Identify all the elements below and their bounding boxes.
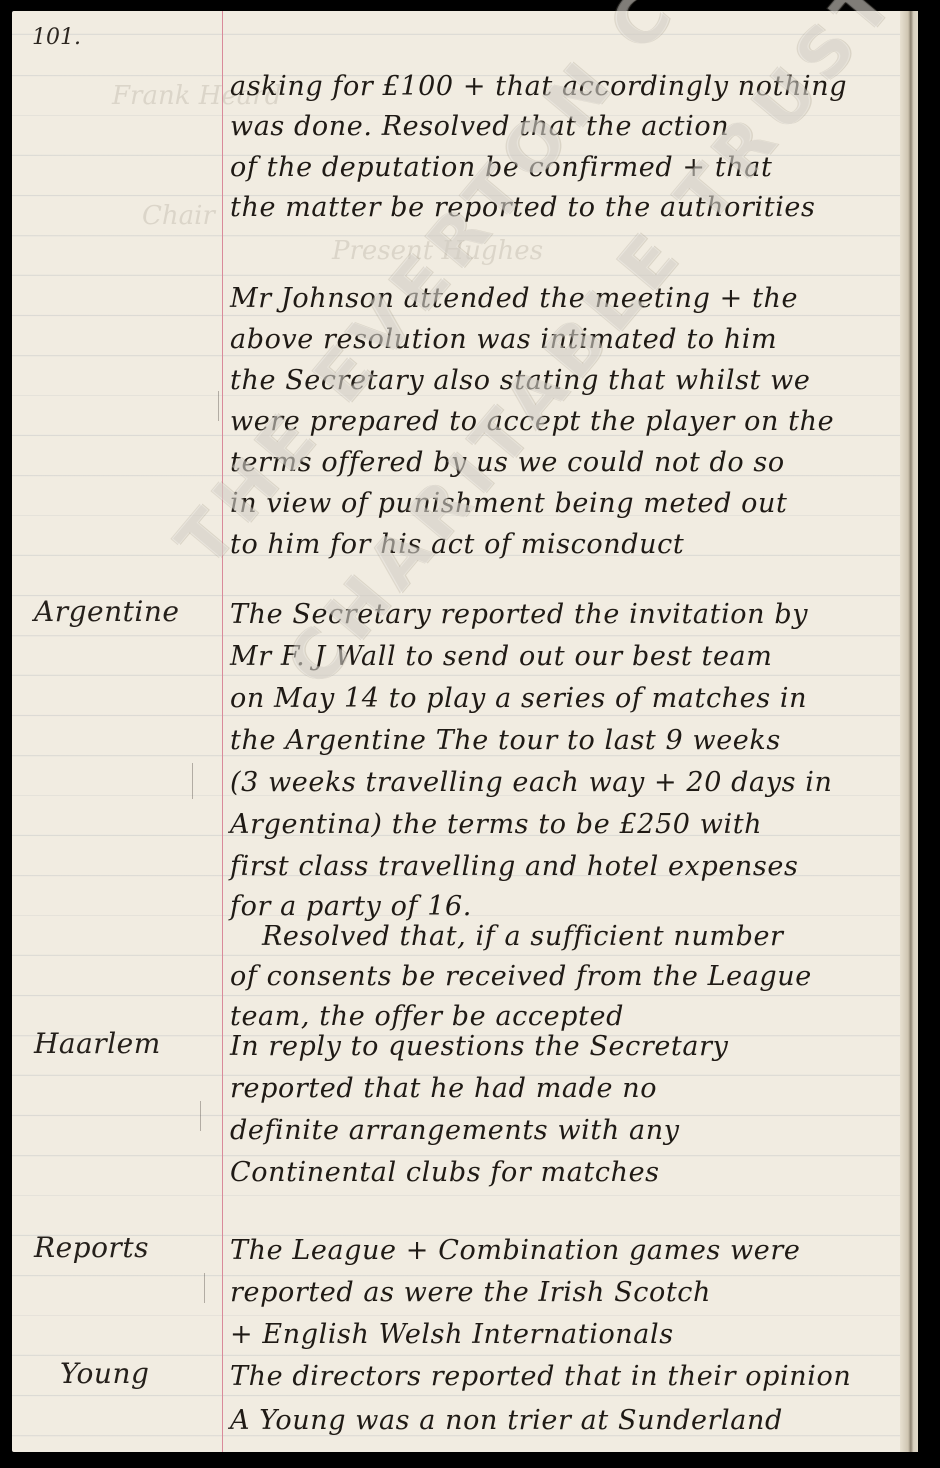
margin-label-haarlem: Haarlem: [34, 1027, 161, 1060]
minute-line: reported that he had made no: [230, 1069, 910, 1109]
minute-line: was done. Resolved that the action: [230, 107, 910, 147]
minute-line: Continental clubs for matches: [230, 1153, 910, 1193]
margin-label-reports: Reports: [34, 1231, 149, 1264]
pencil-tick-mark: [200, 1101, 201, 1131]
minute-line: the matter be reported to the authoritie…: [230, 188, 910, 228]
minute-line: of consents be received from the League: [230, 957, 910, 997]
minute-line: first class travelling and hotel expense…: [230, 847, 910, 887]
pencil-tick-mark: [218, 391, 219, 421]
minute-line: The directors reported that in their opi…: [230, 1357, 910, 1397]
minute-line: Argentina) the terms to be £250 with: [230, 805, 910, 845]
margin-label-argentine: Argentine: [34, 595, 179, 628]
pencil-tick-mark: [192, 763, 193, 799]
minute-line: the Argentine The tour to last 9 weeks: [230, 721, 910, 761]
minute-line: terms offered by us we could not do so: [230, 443, 910, 483]
minute-line: reported as were the Irish Scotch: [230, 1273, 910, 1313]
margin-label-young: Young: [60, 1357, 149, 1390]
minute-line: of the deputation be confirmed + that: [230, 148, 910, 188]
minute-line: on May 14 to play a series of matches in: [230, 679, 910, 719]
minute-line: In reply to questions the Secretary: [230, 1027, 910, 1067]
minute-line: The Secretary reported the invitation by: [230, 595, 910, 635]
minute-line: above resolution was intimated to him: [230, 320, 910, 360]
minute-line: (3 weeks travelling each way + 20 days i…: [230, 763, 910, 803]
ledger-page: Frank Heard Chair Present Hughes 101. as…: [12, 11, 918, 1452]
minute-line: Mr Johnson attended the meeting + the: [230, 279, 910, 319]
minute-line: asking for £100 + that accordingly nothi…: [230, 67, 910, 107]
pencil-tick-mark: [204, 1273, 205, 1303]
minute-line: were prepared to accept the player on th…: [230, 402, 910, 442]
minute-line: Resolved that, if a sufficient number: [262, 917, 940, 957]
page-number: 101.: [32, 25, 81, 50]
bleed-through-text: Chair: [142, 201, 215, 231]
bleed-through-text: Present Hughes: [332, 236, 543, 266]
minute-line: + English Welsh Internationals: [230, 1315, 910, 1355]
minute-line: to him for his act of misconduct: [230, 525, 910, 565]
minute-line: definite arrangements with any: [230, 1111, 910, 1151]
minute-line: the Secretary also stating that whilst w…: [230, 361, 910, 401]
margin-rule: [222, 11, 223, 1452]
minute-line: in view of punishment being meted out: [230, 484, 910, 524]
minute-line: A Young was a non trier at Sunderland: [230, 1401, 910, 1441]
minute-line: The League + Combination games were: [230, 1231, 910, 1271]
minute-line: Mr F. J Wall to send out our best team: [230, 637, 910, 677]
